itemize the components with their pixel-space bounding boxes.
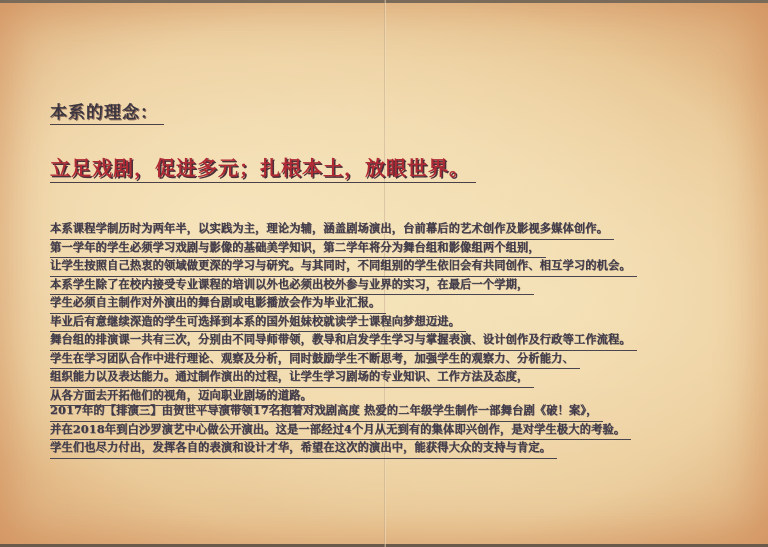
text-line: 让学生按照自己热衷的领域做更深的学习与研究。与其同时，不同组别的学生依旧会有共同… (50, 258, 637, 277)
text-line: 毕业后有意继续深造的学生可选择到本系的国外姐妹校就读学士课程向梦想迈进。 (50, 314, 466, 333)
philosophy-heading: 本系的理念： (50, 102, 164, 125)
text-line: 第一学年的学生必须学习戏剧与影像的基础美学知识，第二学年将分为舞台组和影像组两个… (50, 240, 546, 259)
text-line: 组织能力以及表达能力。通过制作演出的过程，让学生学习剧场的专业知识、工作方法及态… (50, 369, 534, 388)
production-paragraph: 2017年的【排演三】由贺世平导演带领17名抱着对戏剧高度 热爱的二年级学生制作… (50, 403, 631, 459)
text-line: 学生们也尽力付出，发挥各自的表演和设计才华，希望在这次的演出中，能获得大众的支持… (50, 440, 557, 459)
text-line: 学生在学习团队合作中进行理论、观察及分析，同时鼓励学生不断思考，加强学生的观察力… (50, 351, 580, 370)
text-line: 2017年的【排演三】由贺世平导演带领17名抱着对戏剧高度 热爱的二年级学生制作… (50, 403, 603, 422)
text-line: 本系课程学制历时为两年半，以实践为主，理论为辅，涵盖剧场演出，台前幕后的艺术创作… (50, 221, 614, 240)
text-line: 学生必须自主制作对外演出的舞台剧或电影播放会作为毕业汇报。 (50, 295, 386, 314)
department-slogan: 立足戏剧，促进多元；扎根本土，放眼世界。 (50, 154, 476, 183)
text-line: 本系学生除了在校内接受专业课程的培训以外也必须出校外参与业界的实习，在最后一个学… (50, 277, 534, 296)
curriculum-paragraph: 本系课程学制历时为两年半，以实践为主，理论为辅，涵盖剧场演出，台前幕后的艺术创作… (50, 221, 637, 406)
text-line: 并在2018年到白沙罗演艺中心做公开演出。这是一部经过4个月从无到有的集体即兴创… (50, 422, 631, 441)
text-line: 舞台组的排演课一共有三次，分别由不同导师带领，教导和启发学生学习与掌握表演、设计… (50, 332, 637, 351)
